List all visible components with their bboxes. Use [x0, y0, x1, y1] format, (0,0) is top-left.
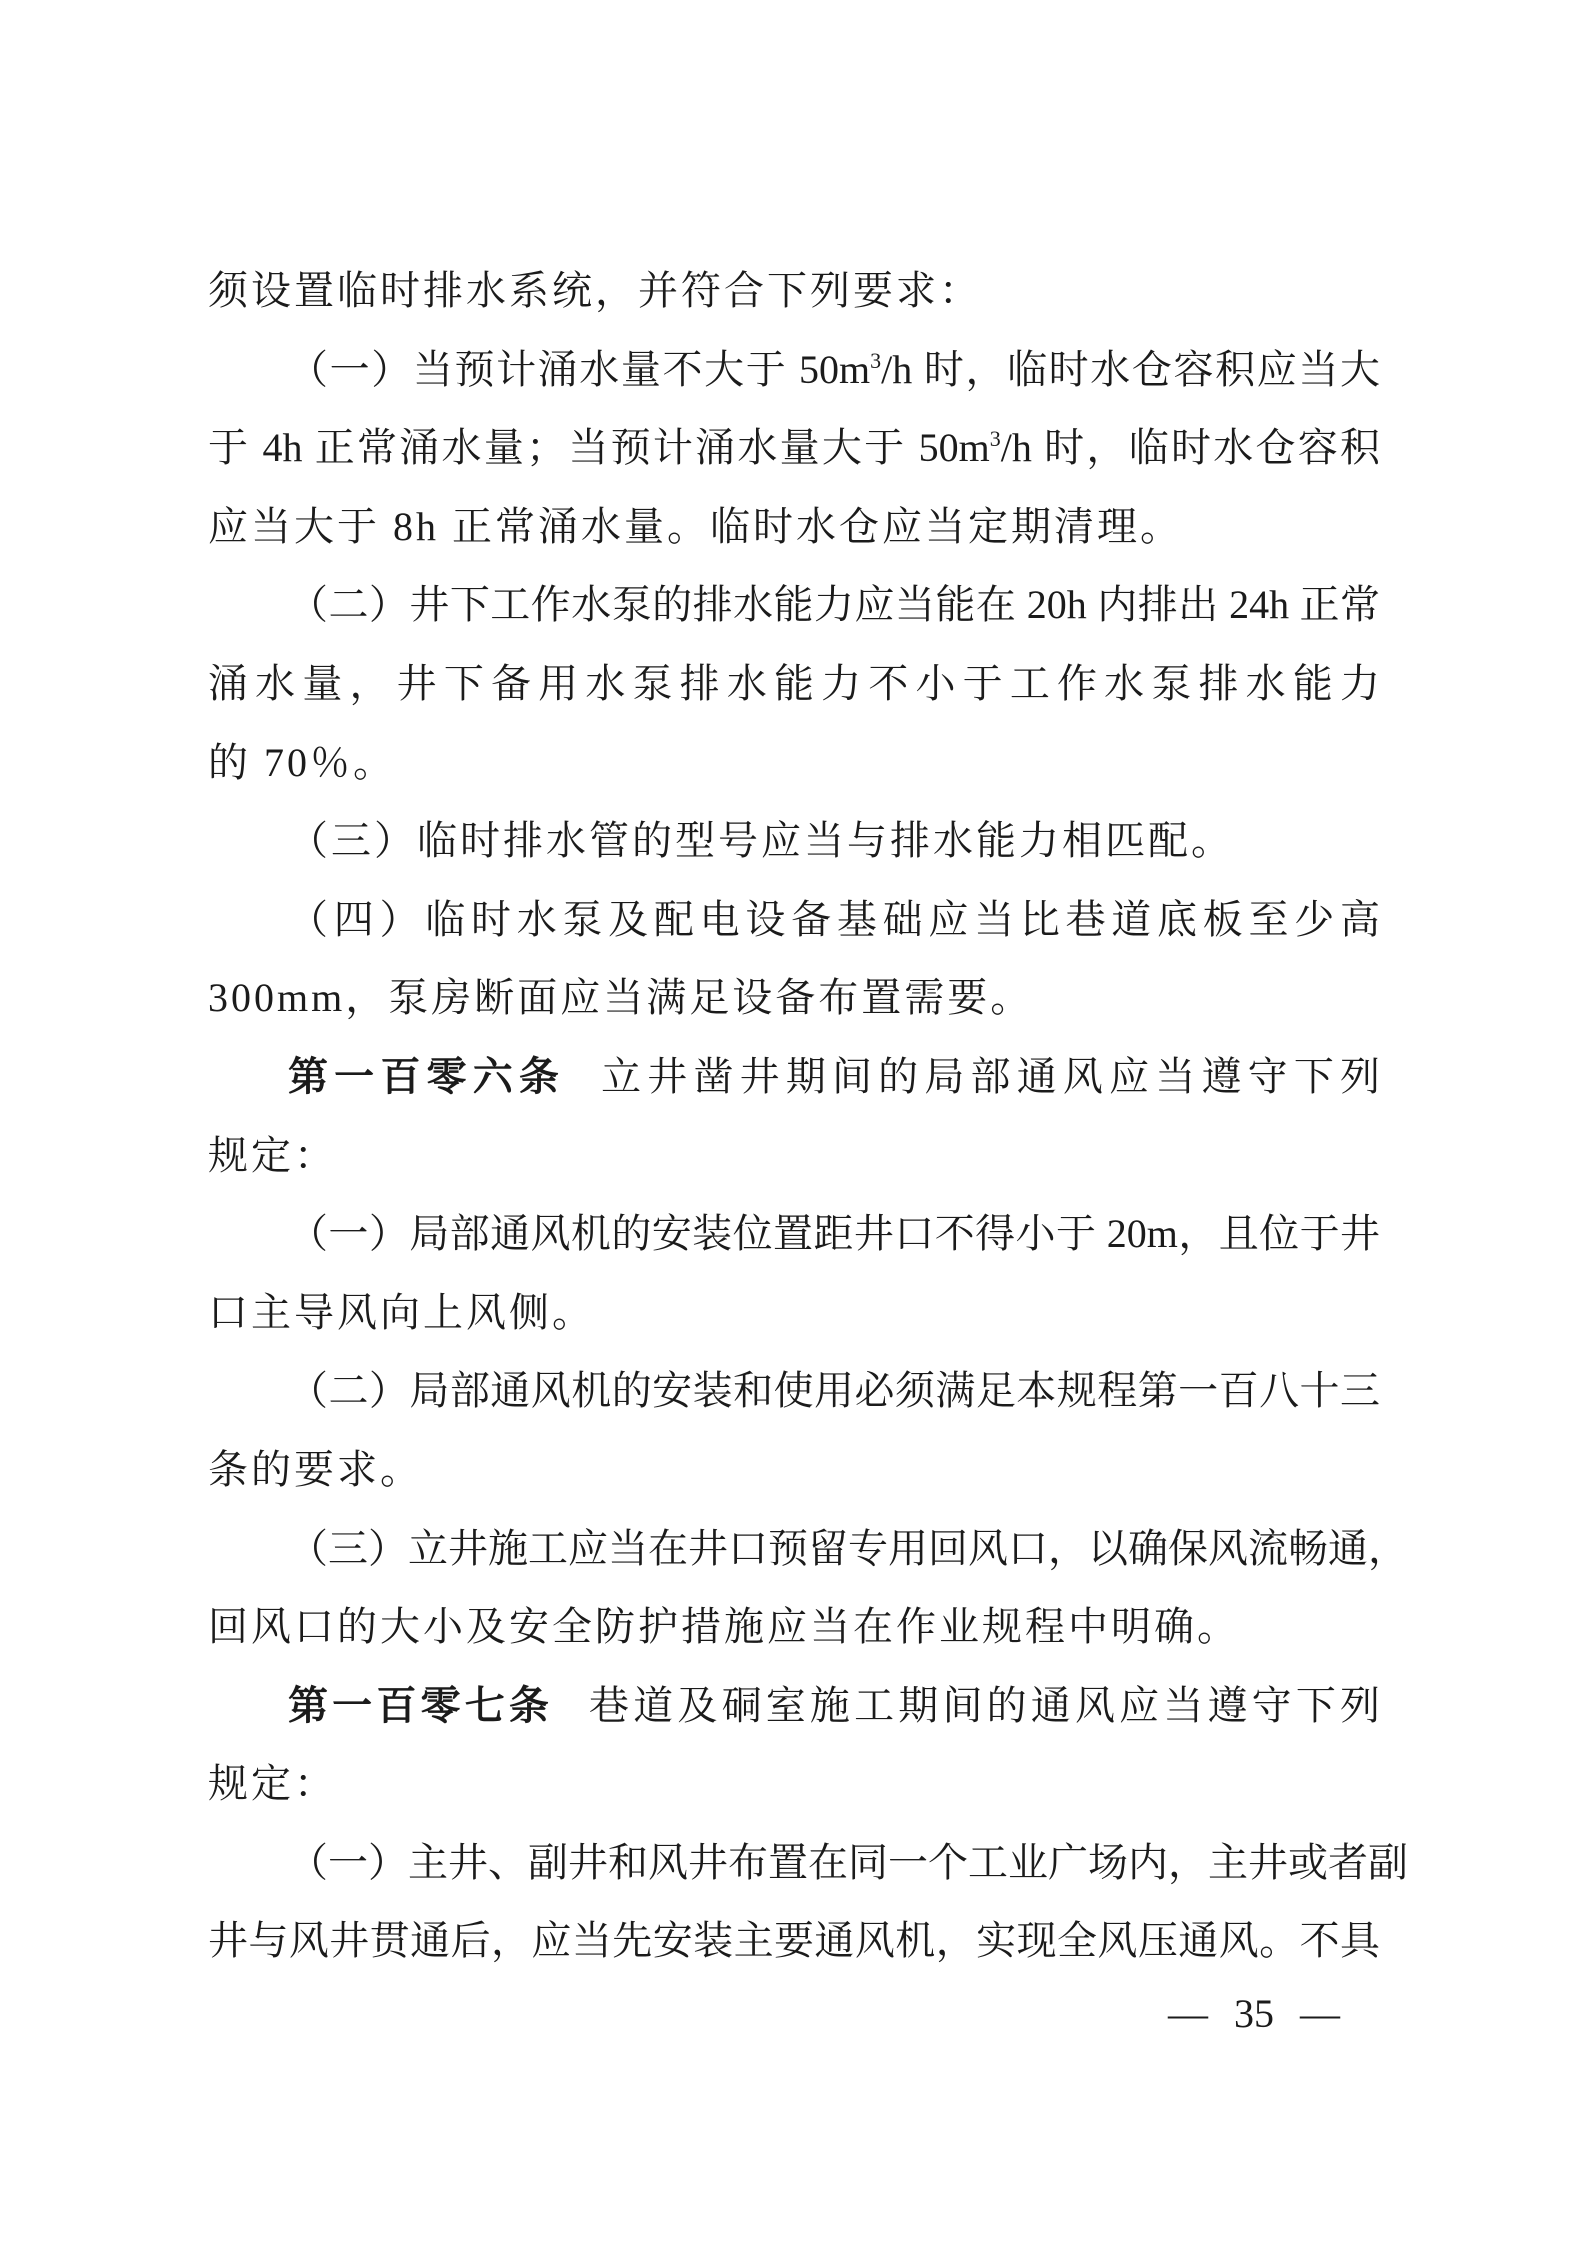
text-line: 于 4h 正常涌水量；当预计涌水量大于 50m3/h 时，临时水仓容积 — [208, 409, 1380, 488]
document-body: 须设置临时排水系统，并符合下列要求：（一）当预计涌水量不大于 50m3/h 时，… — [208, 252, 1380, 1981]
text-line: 须设置临时排水系统，并符合下列要求： — [208, 252, 1380, 331]
line-segment: （二）井下工作水泵的排水能力应当能在 20h 内排出 24h 正常 — [288, 582, 1380, 627]
text-line: 规定： — [208, 1117, 1380, 1196]
line-segment: 回风口的大小及安全防护措施应当在作业规程中明确。 — [208, 1604, 1240, 1649]
text-line: （二）局部通风机的安装和使用必须满足本规程第一百八十三 — [208, 1352, 1380, 1431]
text-line: 口主导风向上风侧。 — [208, 1274, 1380, 1353]
line-segment: 的 70％。 — [208, 740, 396, 785]
superscript-exponent: 3 — [870, 348, 881, 373]
line-segment: 须设置临时排水系统，并符合下列要求： — [208, 268, 982, 313]
line-segment: （四）临时水泵及配电设备基础应当比巷道底板至少高 — [288, 897, 1380, 942]
text-line: （二）井下工作水泵的排水能力应当能在 20h 内排出 24h 正常 — [208, 566, 1380, 645]
line-segment: （一）局部通风机的安装位置距井口不得小于 20m，且位于井 — [288, 1211, 1380, 1256]
text-line: 的 70％。 — [208, 724, 1380, 803]
text-line: （三）临时排水管的型号应当与排水能力相匹配。 — [208, 802, 1380, 881]
page: 须设置临时排水系统，并符合下列要求：（一）当预计涌水量不大于 50m3/h 时，… — [0, 0, 1587, 2245]
text-line: 井与风井贯通后，应当先安装主要通风机，实现全风压通风。不具 — [208, 1902, 1380, 1981]
page-footer: — 35 — — [208, 1990, 1380, 2038]
line-segment: 于 4h 正常涌水量；当预计涌水量大于 50m — [208, 425, 990, 470]
text-line: 应当大于 8h 正常涌水量。临时水仓应当定期清理。 — [208, 488, 1380, 567]
text-line: 条的要求。 — [208, 1431, 1380, 1510]
line-segment: 规定： — [208, 1133, 337, 1178]
text-line: （三）立井施工应当在井口预留专用回风口，以确保风流畅通， — [208, 1510, 1380, 1589]
article-number-heading: 第一百零六条 — [288, 1054, 565, 1099]
article-heading-line: 第一百零七条巷道及硐室施工期间的通风应当遵守下列 — [208, 1667, 1380, 1746]
line-segment: 应当大于 8h 正常涌水量。临时水仓应当定期清理。 — [208, 504, 1183, 549]
text-line: （一）主井、副井和风井布置在同一个工业广场内，主井或者副 — [208, 1824, 1380, 1903]
line-segment: 巷道及硐室施工期间的通风应当遵守下列 — [589, 1683, 1380, 1728]
text-line: （一）局部通风机的安装位置距井口不得小于 20m，且位于井 — [208, 1195, 1380, 1274]
line-segment: （三）临时排水管的型号应当与排水能力相匹配。 — [288, 818, 1234, 863]
line-segment: /h 时，临时水仓容积应当大 — [881, 347, 1380, 392]
line-segment: 立井凿井期间的局部通风应当遵守下列 — [601, 1054, 1380, 1099]
line-segment: （一）主井、副井和风井布置在同一个工业广场内，主井或者副 — [288, 1840, 1408, 1885]
page-number: — 35 — — [1168, 1991, 1340, 2036]
article-number-heading: 第一百零七条 — [288, 1683, 553, 1728]
text-line: （四）临时水泵及配电设备基础应当比巷道底板至少高 — [208, 881, 1380, 960]
text-line: 涌水量，井下备用水泵排水能力不小于工作水泵排水能力 — [208, 645, 1380, 724]
superscript-exponent: 3 — [990, 426, 1001, 451]
text-line: 300mm，泵房断面应当满足设备布置需要。 — [208, 959, 1380, 1038]
text-line: 回风口的大小及安全防护措施应当在作业规程中明确。 — [208, 1588, 1380, 1667]
text-line: （一）当预计涌水量不大于 50m3/h 时，临时水仓容积应当大 — [208, 331, 1380, 410]
line-segment: 口主导风向上风侧。 — [208, 1290, 595, 1335]
article-heading-line: 第一百零六条立井凿井期间的局部通风应当遵守下列 — [208, 1038, 1380, 1117]
line-segment: 300mm，泵房断面应当满足设备布置需要。 — [208, 975, 1033, 1020]
line-segment: 规定： — [208, 1761, 337, 1806]
line-segment: 涌水量，井下备用水泵排水能力不小于工作水泵排水能力 — [208, 661, 1380, 706]
line-segment: （三）立井施工应当在井口预留专用回风口，以确保风流畅通， — [288, 1526, 1408, 1571]
line-segment: （一）当预计涌水量不大于 50m — [288, 347, 870, 392]
text-line: 规定： — [208, 1745, 1380, 1824]
line-segment: （二）局部通风机的安装和使用必须满足本规程第一百八十三 — [288, 1368, 1380, 1413]
line-segment: /h 时，临时水仓容积 — [1001, 425, 1380, 470]
line-segment: 井与风井贯通后，应当先安装主要通风机，实现全风压通风。不具 — [208, 1918, 1380, 1963]
line-segment: 条的要求。 — [208, 1447, 423, 1492]
